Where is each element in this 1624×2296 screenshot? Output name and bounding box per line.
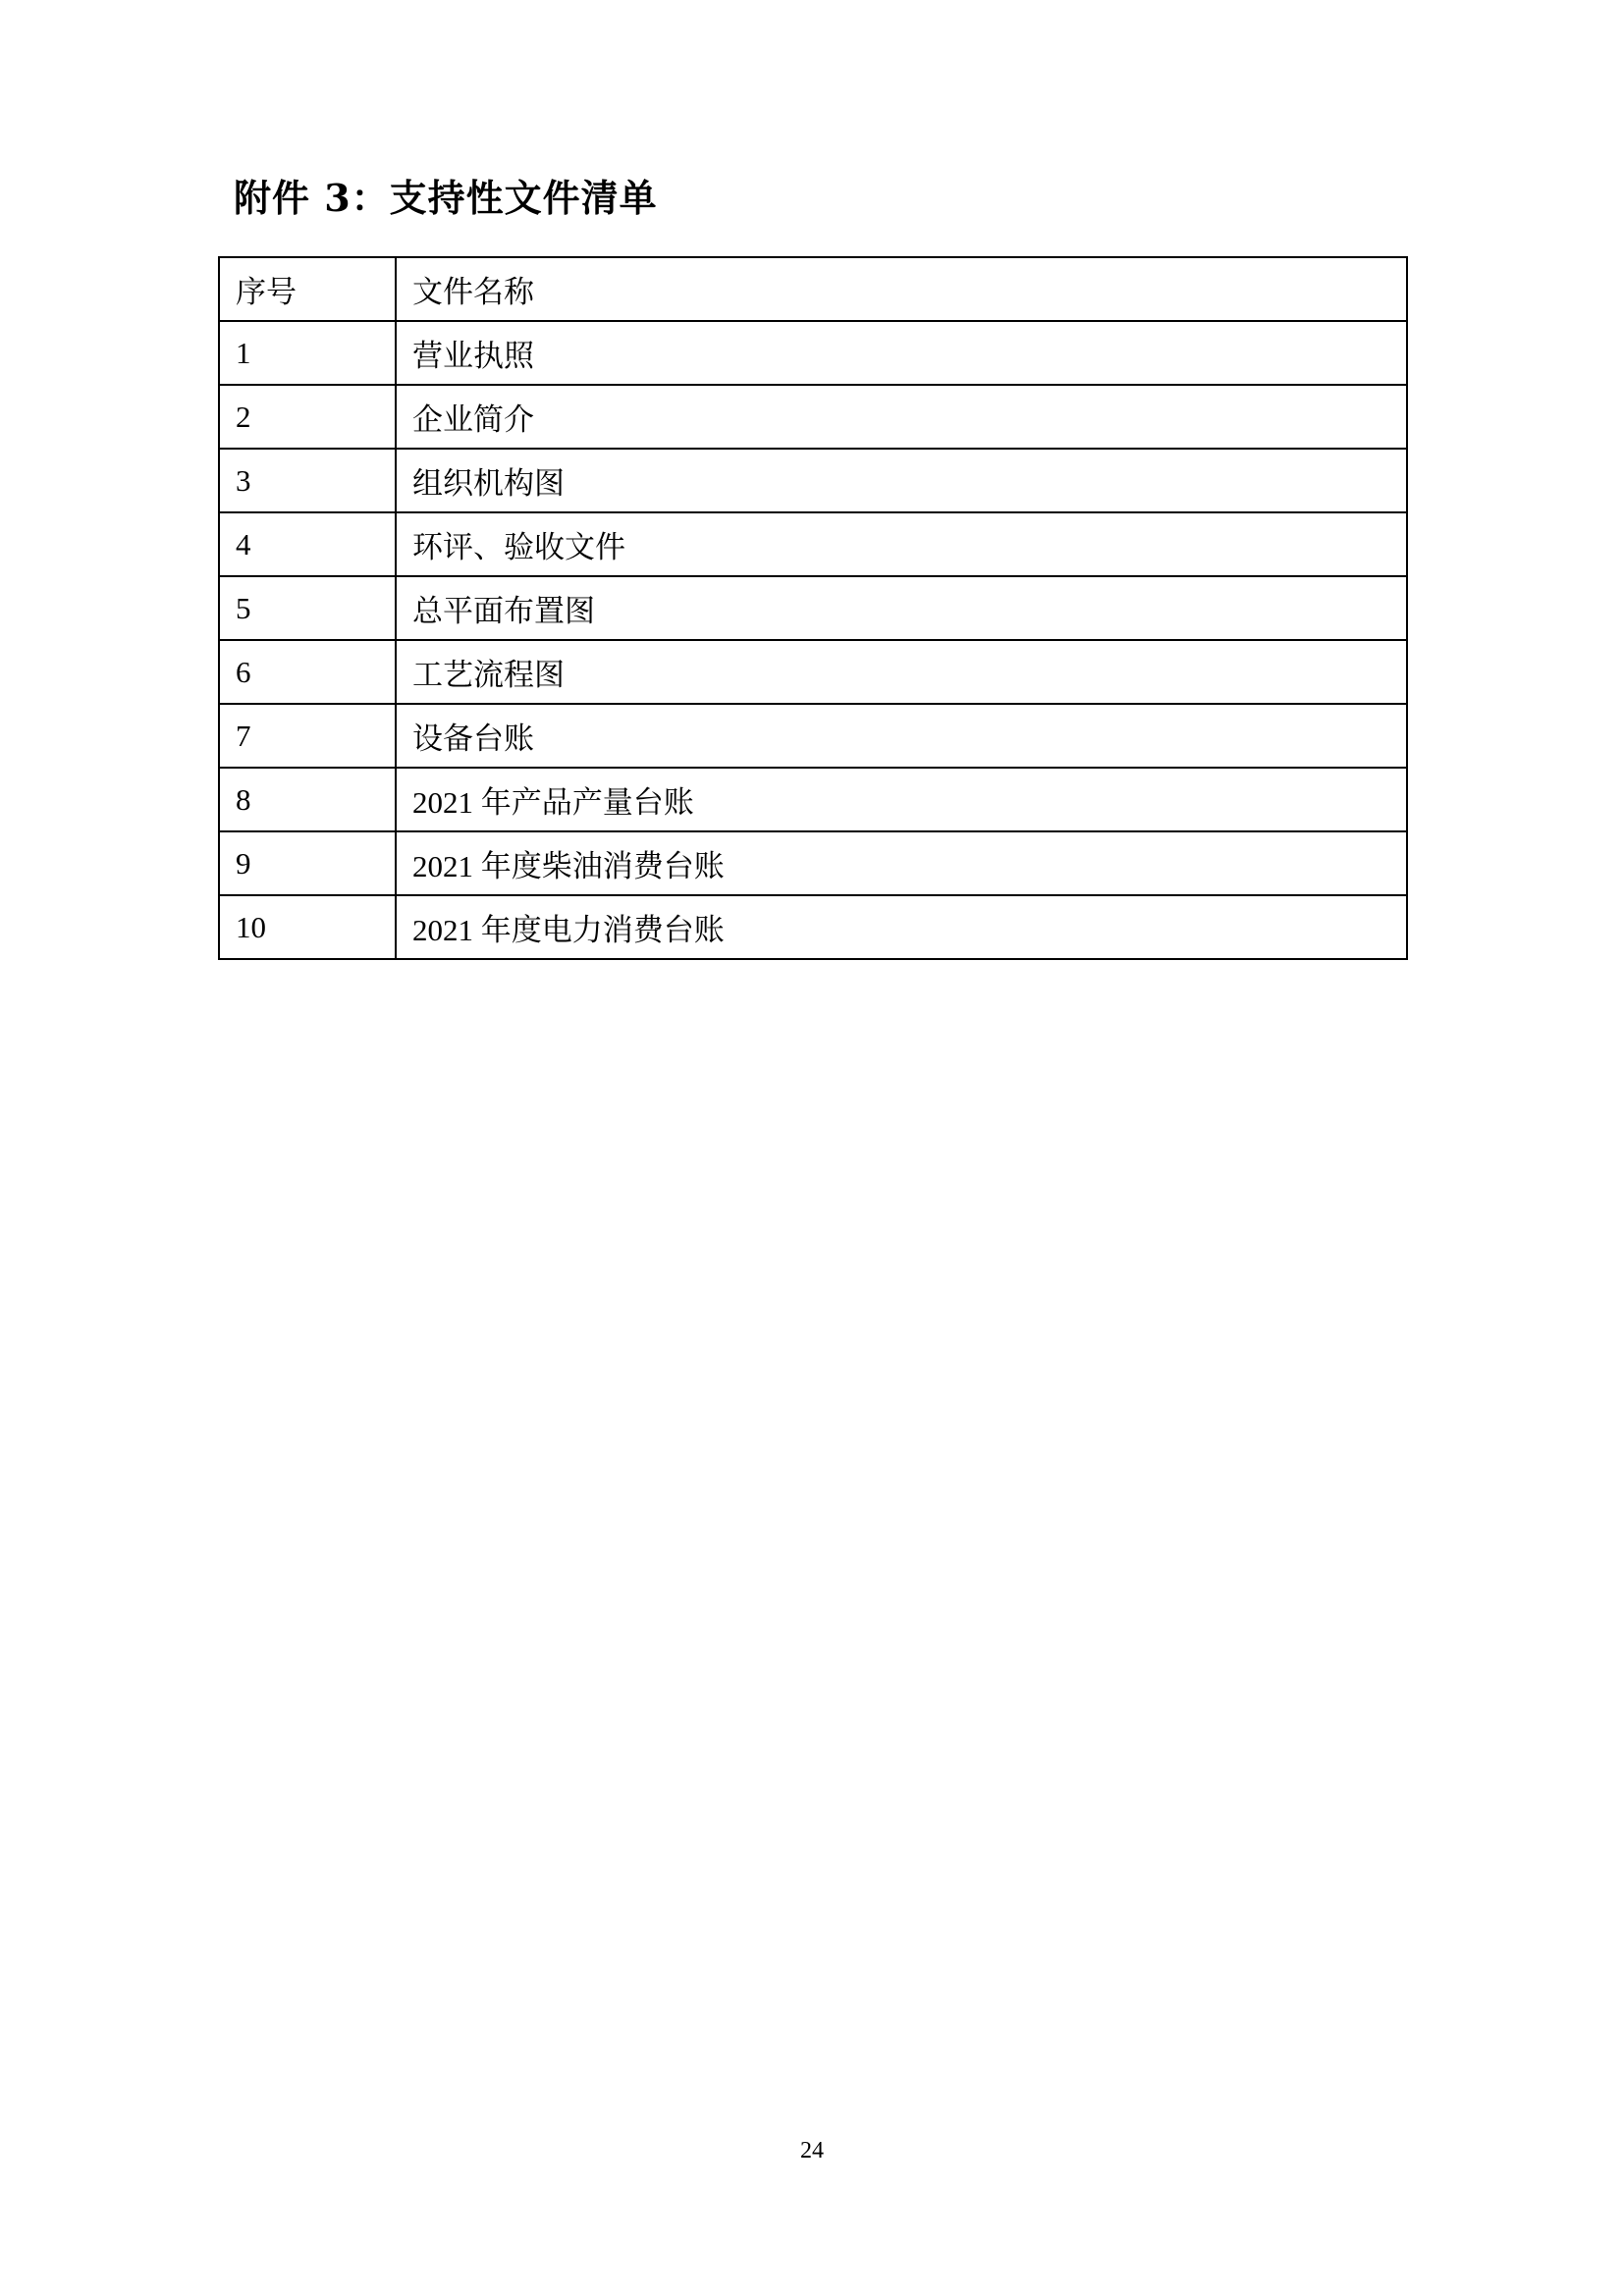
row-number: 3: [219, 449, 396, 512]
document-name: 2021 年度电力消费台账: [396, 895, 1407, 959]
header-document-name: 文件名称: [396, 257, 1407, 321]
header-serial-number: 序号: [219, 257, 396, 321]
table-row: 4 环评、验收文件: [219, 512, 1407, 576]
table-row: 10 2021 年度电力消费台账: [219, 895, 1407, 959]
document-name: 环评、验收文件: [396, 512, 1407, 576]
row-number: 7: [219, 704, 396, 768]
table-row: 3 组织机构图: [219, 449, 1407, 512]
row-number: 9: [219, 831, 396, 895]
table-row: 6 工艺流程图: [219, 640, 1407, 704]
table-row: 9 2021 年度柴油消费台账: [219, 831, 1407, 895]
row-number: 10: [219, 895, 396, 959]
row-number: 8: [219, 768, 396, 831]
table-row: 5 总平面布置图: [219, 576, 1407, 640]
document-name: 企业简介: [396, 385, 1407, 449]
row-number: 1: [219, 321, 396, 385]
document-name: 设备台账: [396, 704, 1407, 768]
document-name: 组织机构图: [396, 449, 1407, 512]
table-row: 7 设备台账: [219, 704, 1407, 768]
row-number: 5: [219, 576, 396, 640]
table-row: 2 企业简介: [219, 385, 1407, 449]
table-row: 1 营业执照: [219, 321, 1407, 385]
table-header-row: 序号 文件名称: [219, 257, 1407, 321]
document-name: 总平面布置图: [396, 576, 1407, 640]
table-row: 8 2021 年产品产量台账: [219, 768, 1407, 831]
page-number: 24: [0, 2138, 1624, 2164]
document-name: 工艺流程图: [396, 640, 1407, 704]
supporting-documents-table: 序号 文件名称 1 营业执照 2 企业简介 3 组织机构图 4 环评、验收文件 …: [218, 256, 1408, 960]
page-title: 附件 3：支持性文件清单: [234, 169, 658, 228]
document-name: 2021 年产品产量台账: [396, 768, 1407, 831]
document-name: 营业执照: [396, 321, 1407, 385]
row-number: 2: [219, 385, 396, 449]
row-number: 4: [219, 512, 396, 576]
document-name: 2021 年度柴油消费台账: [396, 831, 1407, 895]
row-number: 6: [219, 640, 396, 704]
